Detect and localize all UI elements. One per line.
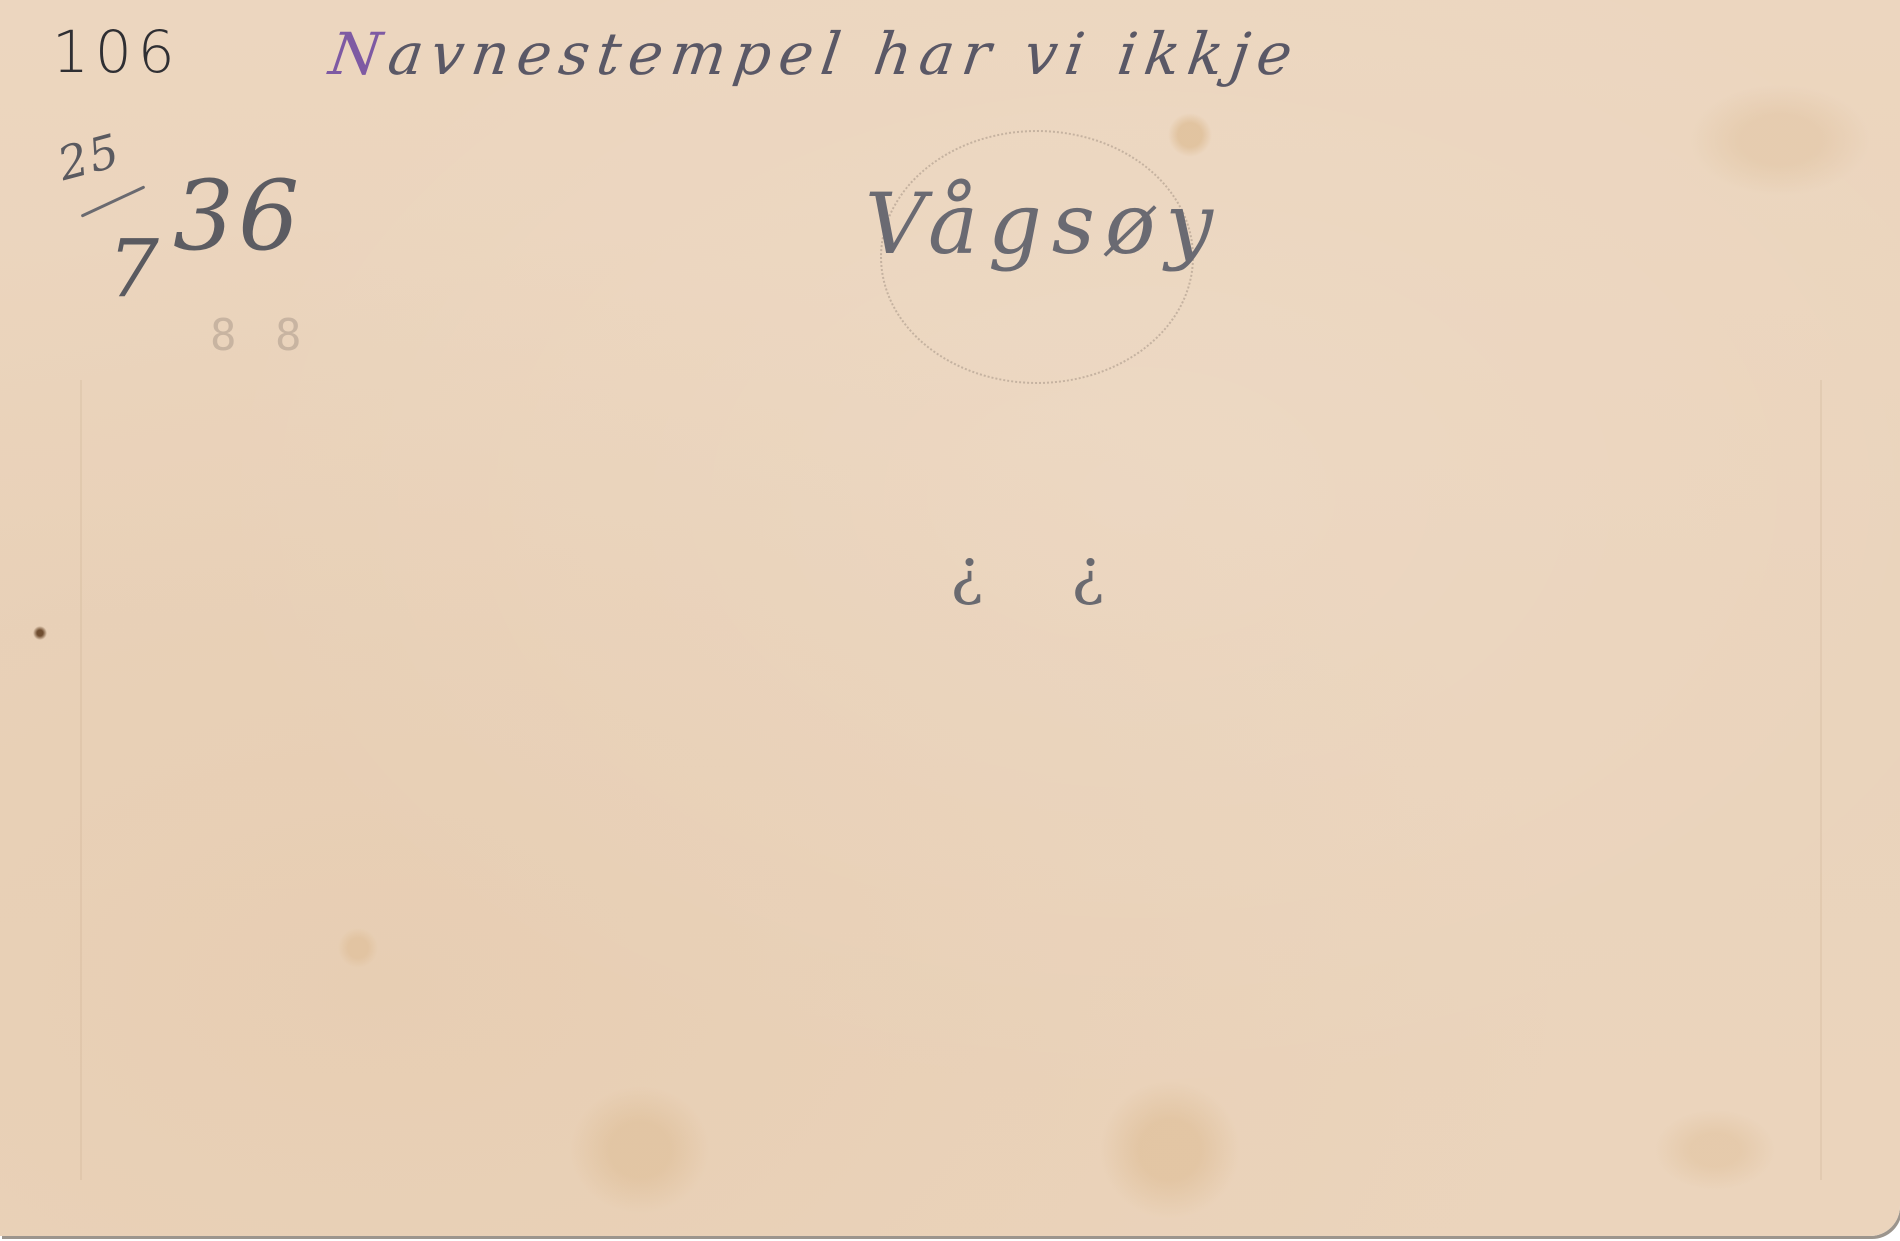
date-slash	[81, 185, 146, 217]
date-month: 7	[108, 222, 161, 315]
date-year: 36	[173, 160, 303, 272]
note-text: avnestempel har vi ikkje	[384, 20, 1304, 88]
date-day: 25	[52, 123, 126, 191]
faint-stamp-impression: 8 8	[210, 310, 390, 370]
postcard-back: 106 Navnestempel har vi ikkje 25 7 36 8 …	[0, 0, 1900, 1236]
printed-border-right	[1820, 380, 1822, 1180]
catalog-number: 106	[52, 18, 181, 86]
printed-border-left	[80, 380, 82, 1180]
handwritten-note: Navnestempel har vi ikkje	[325, 20, 1304, 88]
place-name: Vågsøy	[865, 175, 1223, 273]
note-first-letter: N	[325, 20, 393, 88]
question-marks: ¿ ¿	[950, 535, 1138, 608]
